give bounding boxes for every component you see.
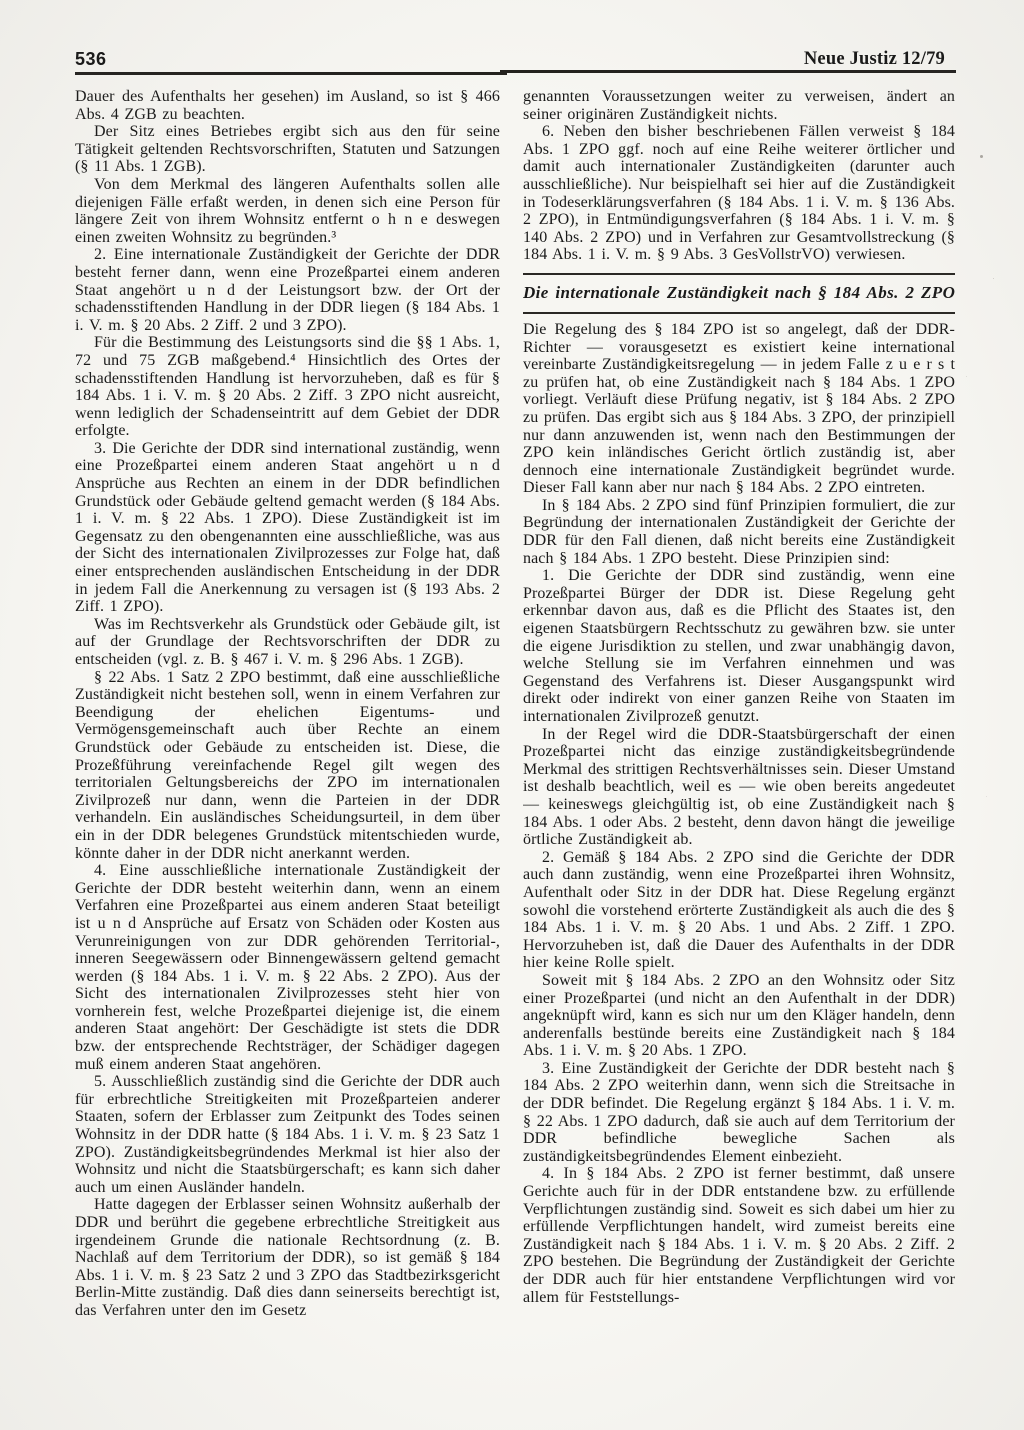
section-heading: Die internationale Zuständigkeit nach § … xyxy=(523,275,955,312)
paragraph: 6. Neben den bisher beschriebenen Fällen… xyxy=(523,123,955,264)
paragraph: 1. Die Gerichte der DDR sind zuständig, … xyxy=(523,567,955,725)
right-column-bottom-text: Die Regelung des § 184 ZPO ist so angele… xyxy=(523,321,955,1306)
paragraph: Was im Rechtsverkehr als Grundstück oder… xyxy=(75,616,500,669)
scan-speck xyxy=(980,155,983,158)
journal-page: 536 Neue Justiz 12/79 Dauer des Aufentha… xyxy=(0,0,1024,1430)
paragraph: Von dem Merkmal des längeren Aufenthalts… xyxy=(75,176,500,246)
section-rule-bottom xyxy=(523,312,955,314)
paragraph: Dauer des Aufenthalts her gesehen) im Au… xyxy=(75,88,500,123)
paragraph: 5. Ausschließlich zuständig sind die Ger… xyxy=(75,1073,500,1196)
section-heading-block: Die internationale Zuständigkeit nach § … xyxy=(523,273,955,314)
header-rule-left xyxy=(75,72,507,75)
paragraph: 2. Gemäß § 184 Abs. 2 ZPO sind die Geric… xyxy=(523,849,955,972)
paragraph: Soweit mit § 184 Abs. 2 ZPO an den Wohns… xyxy=(523,972,955,1060)
paragraph: Der Sitz eines Betriebes ergibt sich aus… xyxy=(75,123,500,176)
right-column: genannten Voraussetzungen weiter zu verw… xyxy=(523,88,955,1358)
paragraph: Hatte dagegen der Erblasser seinen Wohns… xyxy=(75,1196,500,1319)
paragraph: genannten Voraussetzungen weiter zu verw… xyxy=(523,88,955,123)
journal-title: Neue Justiz 12/79 xyxy=(804,49,945,70)
paragraph: Für die Bestimmung des Leistungsorts sin… xyxy=(75,334,500,440)
paragraph: 3. Eine Zuständigkeit der Gerichte der D… xyxy=(523,1060,955,1166)
page-header: 536 Neue Justiz 12/79 xyxy=(75,46,955,70)
right-column-top-text: genannten Voraussetzungen weiter zu verw… xyxy=(523,88,955,264)
header-rule-right xyxy=(500,70,956,73)
paragraph: 4. In § 184 Abs. 2 ZPO ist ferner bestim… xyxy=(523,1165,955,1306)
left-column: Dauer des Aufenthalts her gesehen) im Au… xyxy=(75,88,500,1358)
paragraph: 3. Die Gerichte der DDR sind internation… xyxy=(75,440,500,616)
page-number: 536 xyxy=(75,49,107,70)
paragraph: 4. Eine ausschließliche internationale Z… xyxy=(75,862,500,1073)
paragraph: Die Regelung des § 184 ZPO ist so angele… xyxy=(523,321,955,497)
paragraph: § 22 Abs. 1 Satz 2 ZPO bestimmt, daß ein… xyxy=(75,669,500,863)
text-columns: Dauer des Aufenthalts her gesehen) im Au… xyxy=(75,88,955,1358)
paragraph: 2. Eine internationale Zuständigkeit der… xyxy=(75,246,500,334)
paragraph: In § 184 Abs. 2 ZPO sind fünf Prinzipien… xyxy=(523,497,955,567)
paragraph: In der Regel wird die DDR-Staatsbürgersc… xyxy=(523,726,955,849)
